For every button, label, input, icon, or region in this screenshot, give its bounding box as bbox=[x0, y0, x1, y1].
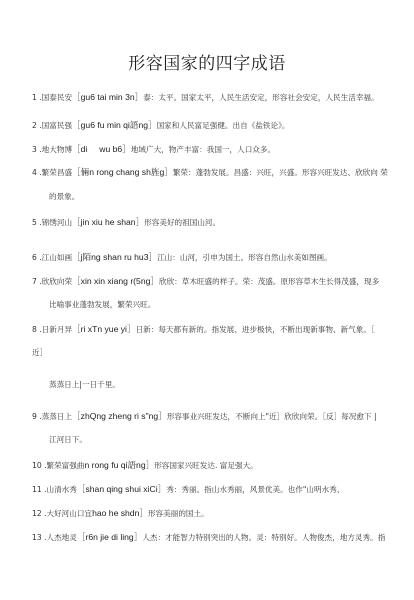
entry-number: 12 bbox=[32, 509, 42, 518]
entry-pinyin: ［shan qing shui xiCi］ bbox=[77, 484, 166, 494]
entry-text: 繁荣：蓬勃发展。昌盛：兴旺，兴盛。形容兴旺发达、欣欣向 荣 bbox=[173, 168, 388, 177]
entry-text: 人杰：才能智力特别突出的人物。灵：特别好。人物俊杰，地方灵秀。指 bbox=[142, 533, 385, 542]
entry-pinyin: ［jin xiu he shan］ bbox=[72, 217, 144, 227]
entry-term: 江山如画 bbox=[42, 253, 72, 262]
entry-3: 3 .地大物博［di wu b6］地域广大，物产丰富：我国一，人口众多。 bbox=[32, 144, 396, 155]
entry-7: 7 .欣欣向荣［xin xin xiang r(5ng］欣欣：草木旺盛的样子。荣… bbox=[32, 276, 396, 287]
entry-number: 5 bbox=[32, 218, 37, 227]
entry-pinyin: ［gu6 tai min 3n］ bbox=[72, 92, 143, 102]
entry-6: 6 .江山如画［j陌ng shan ru hu3］江山：山河，引申为国土。形容自… bbox=[32, 252, 396, 263]
entry-number: 3 bbox=[32, 145, 37, 154]
entry-text: 形容事业兴旺发达，不断向上"近］欣欣向荣。［反］每况愈下 | bbox=[167, 412, 377, 421]
entry-pinyin: ［zhQng zheng ri s"ng］ bbox=[72, 411, 167, 421]
entry-pinyin: ［j陌ng shan ru hu3］ bbox=[72, 252, 157, 262]
entry-term: 繁荣富强曲 bbox=[47, 461, 85, 470]
entry-number: 4 bbox=[32, 168, 37, 177]
entry-text: 泰：太平。国家太平，人民生活安定，形容社会安定，人民生活幸福。 bbox=[143, 93, 378, 102]
entry-11: 11 .山清水秀［shan qing shui xiCi］秀：秀丽。指山水秀丽，… bbox=[32, 484, 396, 495]
entry-number: 8 bbox=[32, 325, 37, 334]
entry-9-continuation: 江河日下。 bbox=[49, 435, 396, 445]
entry-pinyin: ［gu6 fu min qi語ng］ bbox=[72, 120, 157, 130]
entry-pinyin: hao he shdn］ bbox=[92, 508, 148, 518]
entry-8: 8 .日新月异［ri xTn yue yi］日新：每天都有新的。指发展、进步极快… bbox=[32, 324, 396, 335]
entry-5: 5 .锦绣河山［jin xiu he shan］形容美好的祖国山河。 bbox=[32, 217, 396, 228]
entry-1: 1 .国泰民安［gu6 tai min 3n］泰：太平。国家太平，人民生活安定，… bbox=[32, 92, 396, 103]
entry-pinyin: ［xin xin xiang r(5ng］ bbox=[72, 276, 159, 286]
entry-4: 4 .繁荣昌盛［倆n rong chang sh旌g］繁荣：蓬勃发展。昌盛：兴旺… bbox=[32, 167, 396, 178]
document-page: 形容国家的四字成语 1 .国泰民安［gu6 tai min 3n］泰：太平。国家… bbox=[0, 0, 414, 600]
entry-number: 9 bbox=[32, 412, 37, 421]
entry-12: 12 .大好河山口宜hao he shdn］形容美丽的国土。 bbox=[32, 508, 396, 519]
entry-term: 地大物博 bbox=[42, 145, 72, 154]
entry-number: 11 bbox=[32, 485, 42, 494]
entry-number: 13 bbox=[32, 533, 42, 542]
entry-number: 1 bbox=[32, 93, 37, 102]
entry-2: 2 .国富民强［gu6 fu min qi語ng］国家和人民富足强健。出自《盐铁… bbox=[32, 120, 396, 131]
page-title: 形容国家的四字成语 bbox=[0, 49, 414, 74]
entry-number: 7 bbox=[32, 277, 37, 286]
entry-number: 2 bbox=[32, 121, 37, 130]
entry-4-continuation: 的景象。 bbox=[49, 192, 396, 202]
entry-pinyin: ［ri xTn yue yi］ bbox=[72, 324, 136, 334]
entry-13: 13 .人杰地灵［r6n jie di ling］人杰：才能智力特别突出的人物。… bbox=[32, 532, 396, 543]
entry-term: 日新月异 bbox=[42, 325, 72, 334]
entry-term: 欣欣向荣 bbox=[42, 277, 72, 286]
entry-term: 人杰地灵 bbox=[47, 533, 77, 542]
entry-term: 锦绣河山 bbox=[42, 218, 72, 227]
entry-text: 地域广大，物产丰富：我国一，人口众多。 bbox=[131, 145, 275, 154]
entry-text: 秀：秀丽。指山水秀丽，风景优美。也作"山明水秀、 bbox=[166, 485, 344, 494]
entry-text: 日新：每天都有新的。指发展、进步极快，不断出现新事物、新气象。［ bbox=[136, 325, 375, 334]
entry-number: 6 bbox=[32, 253, 37, 262]
entry-7-continuation: 比喻事业蓬勃发展，繁荣兴旺。 bbox=[49, 300, 396, 310]
entry-term: 蒸蒸日上 bbox=[42, 412, 72, 421]
entry-text: 形容美丽的国土。 bbox=[148, 509, 209, 518]
entry-9: 9 .蒸蒸日上［zhQng zheng ri s"ng］形容事业兴旺发达，不断向… bbox=[32, 411, 396, 422]
entry-number: 10 bbox=[32, 461, 42, 470]
entry-term: 繁荣昌盛 bbox=[42, 168, 72, 177]
entry-pinyin: n rong fu qi語ng］ bbox=[84, 460, 154, 470]
entry-text: 国家和人民富足强健。出自《盐铁论》。 bbox=[157, 121, 290, 130]
entry-pinyin: ［倆n rong chang sh旌g］ bbox=[72, 167, 173, 177]
entry-8-continuation: 近］ bbox=[32, 348, 396, 358]
entry-text: 形容美好的祖国山河。 bbox=[144, 218, 220, 227]
entry-text: 江山：山河，引申为国土。形容自然山水美如图画。 bbox=[157, 253, 332, 262]
entry-pinyin: ［di wu b6］ bbox=[72, 144, 131, 154]
entry-10: 10 .繁荣富强曲n rong fu qi語ng］形容国家兴旺发达. 富足强大。 bbox=[32, 460, 396, 471]
entry-term: 国泰民安 bbox=[42, 93, 72, 102]
entry-text: 欣欣：草木旺盛的样子。荣：茂盛。原形容草木生长得茂盛，现多 bbox=[159, 277, 379, 286]
entry-term: 大好河山口宜 bbox=[47, 509, 93, 518]
entry-8-synonyms: 蒸蒸日上|一日千里。 bbox=[49, 380, 396, 390]
entry-pinyin: ［r6n jie di ling］ bbox=[77, 532, 142, 542]
entry-term: 山清水秀 bbox=[47, 485, 77, 494]
entry-text: 形容国家兴旺发达. 富足强大。 bbox=[154, 461, 258, 470]
entry-term: 国富民强 bbox=[42, 121, 72, 130]
